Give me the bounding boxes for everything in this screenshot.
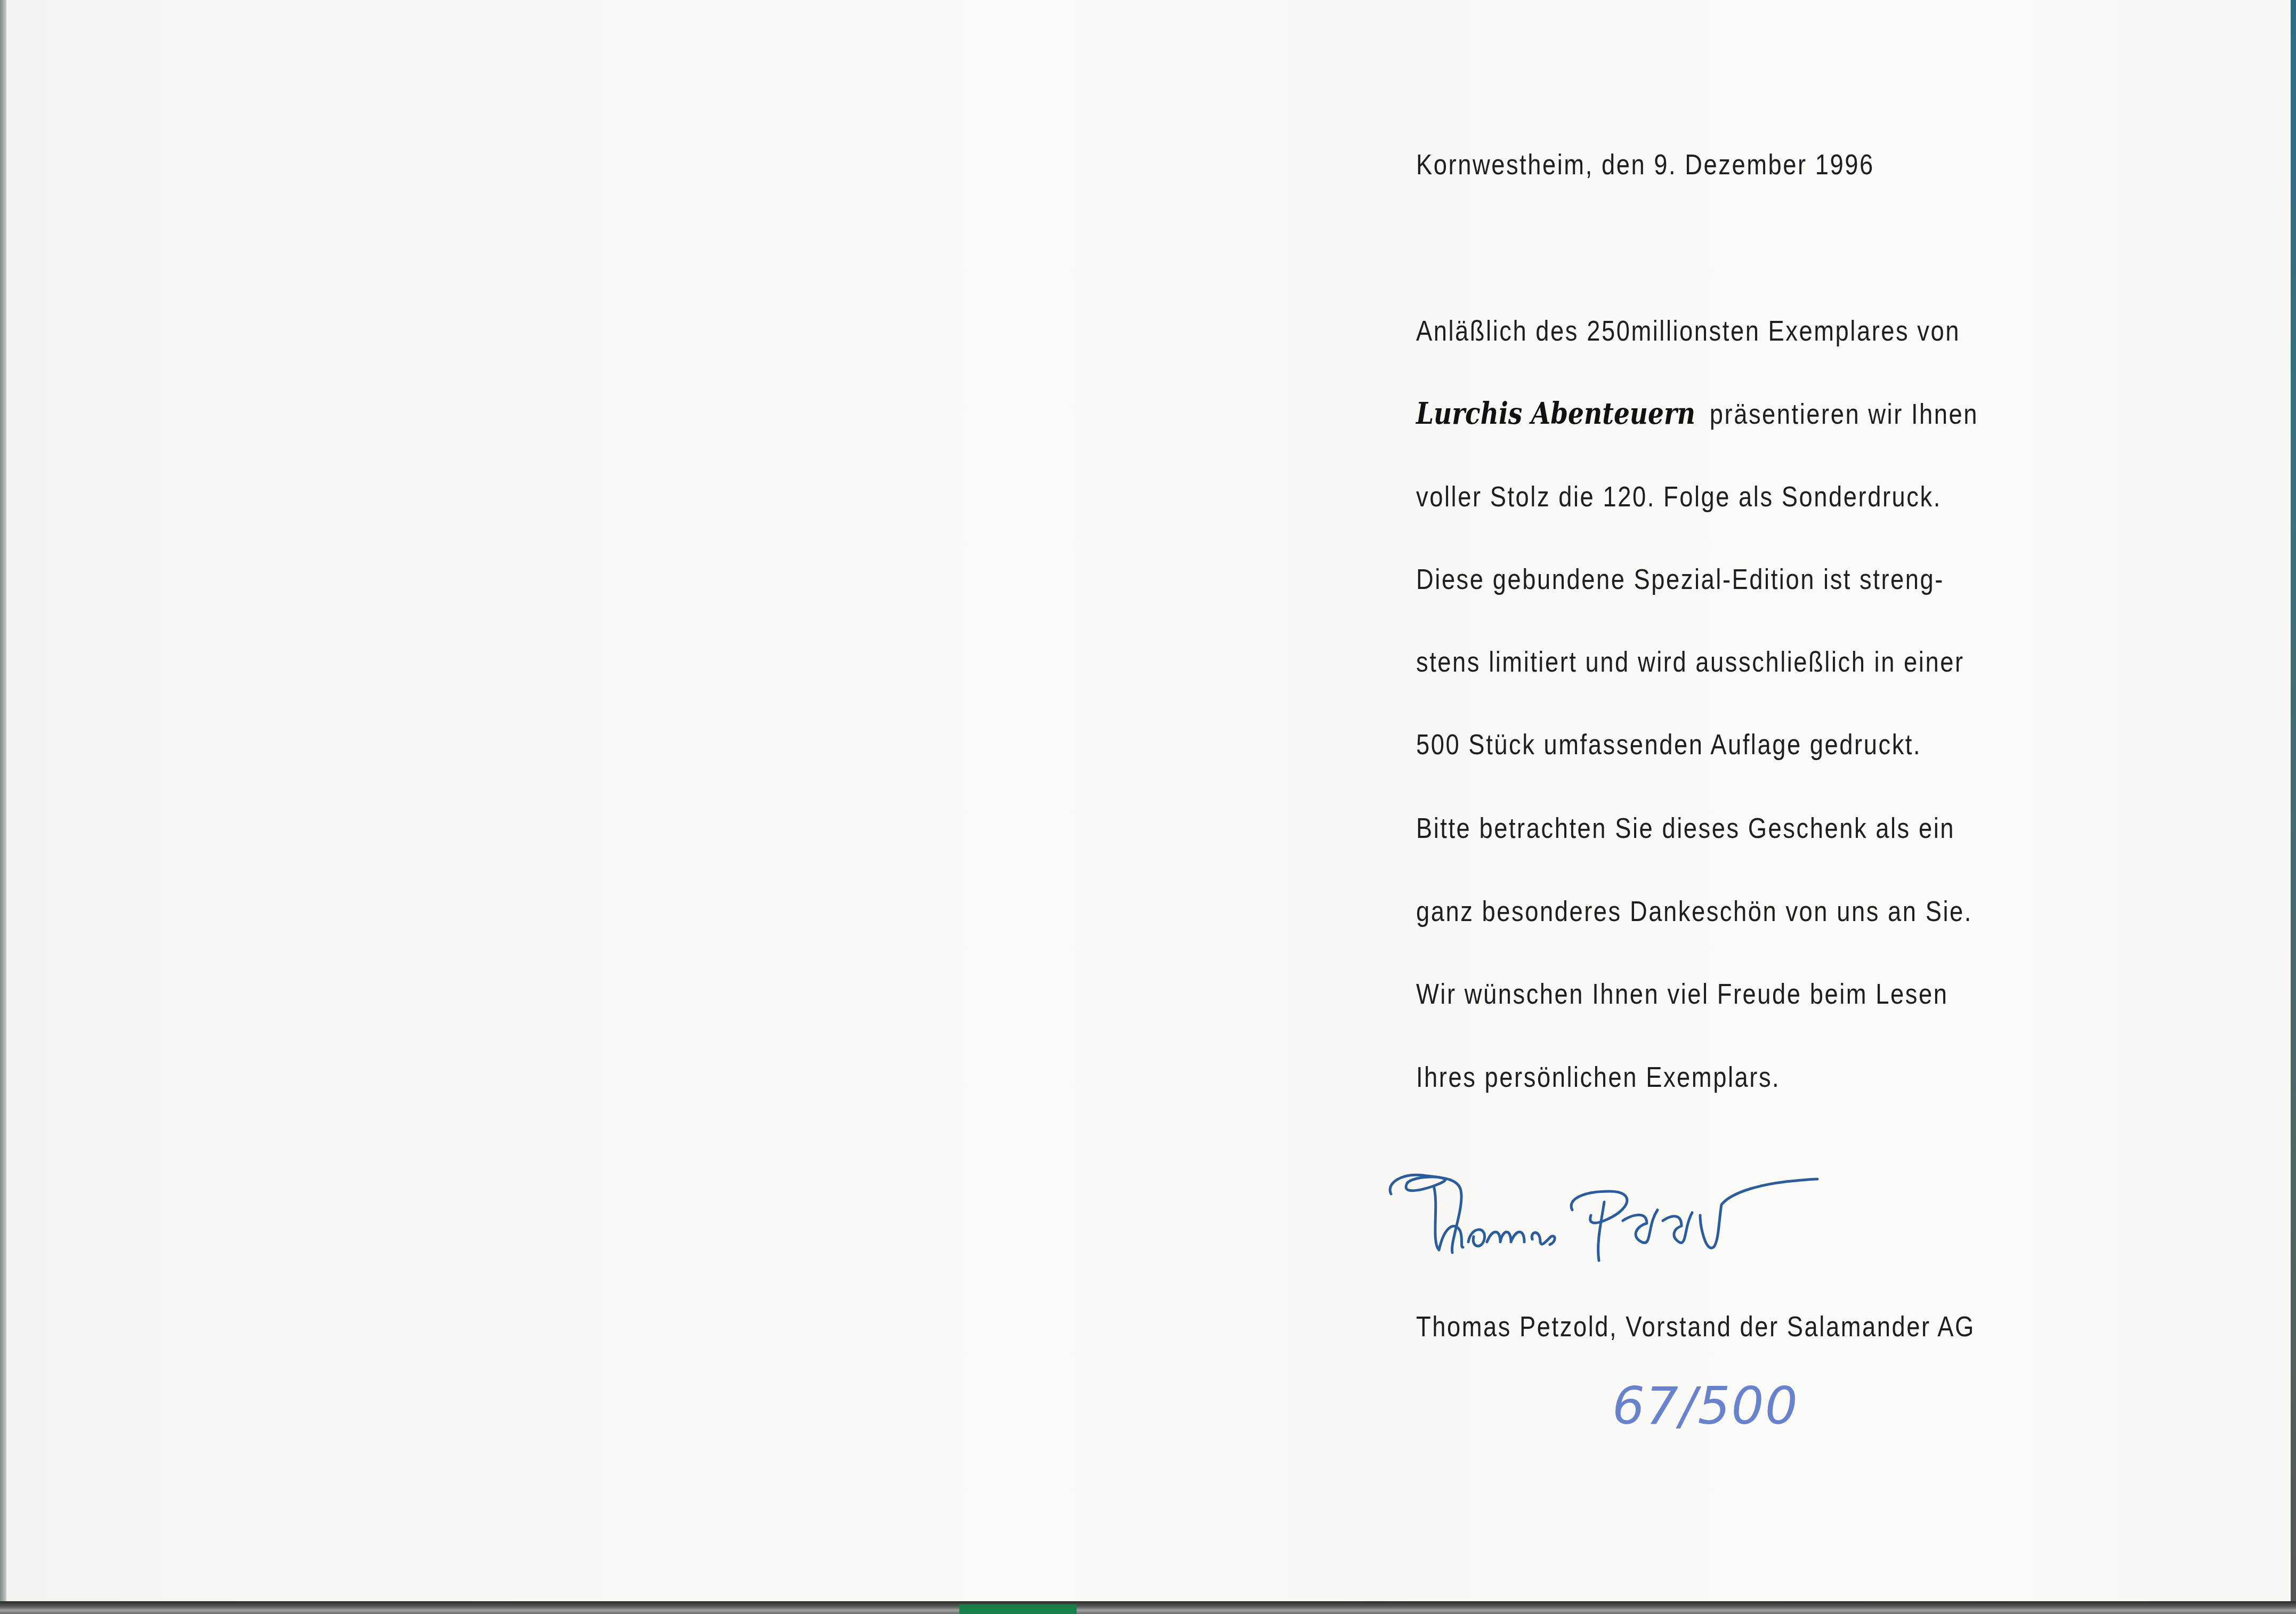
- letter-line-3: voller Stolz die 120. Folge als Sonderdr…: [1416, 482, 1942, 511]
- letter-line-5: stens limitiert und wird ausschließlich …: [1416, 648, 1964, 676]
- letter-line-10: Ihres persönlichen Exemplars.: [1416, 1063, 1780, 1092]
- letter-line-1: Anläßlich des 250millionsten Exemplares …: [1416, 317, 1960, 345]
- signatory-line: Thomas Petzold, Vorstand der Salamander …: [1416, 1312, 1975, 1341]
- letter-line-4: Diese gebundene Spezial-Edition ist stre…: [1416, 565, 1944, 594]
- book-title-script: Lurchis Abenteuern: [1416, 396, 1695, 431]
- letter-page: [0, 0, 2292, 1602]
- letter-line-2-text: präsentieren wir Ihnen: [1710, 398, 1978, 430]
- letter-line-2: Lurchis Abenteuernpräsentieren wir Ihnen: [1416, 399, 1978, 429]
- letter-line-9: Wir wünschen Ihnen viel Freude beim Lese…: [1416, 980, 1948, 1008]
- letter-line-6: 500 Stück umfassenden Auflage gedruckt.: [1416, 730, 1921, 759]
- date-line: Kornwestheim, den 9. Dezember 1996: [1416, 150, 1874, 179]
- letter-line-8: ganz besonderes Dankeschön von uns an Si…: [1416, 897, 1972, 926]
- book-cover-edge: [2291, 0, 2296, 1614]
- handwritten-signature: [1380, 1162, 1945, 1269]
- page-stack-bottom-edge: [0, 1601, 2296, 1614]
- letter-line-7: Bitte betrachten Sie dieses Geschenk als…: [1416, 814, 1955, 843]
- edition-number: 67/500: [1612, 1381, 1799, 1432]
- cover-green-strip: [959, 1604, 1077, 1614]
- page-left-edge: [0, 0, 6, 1614]
